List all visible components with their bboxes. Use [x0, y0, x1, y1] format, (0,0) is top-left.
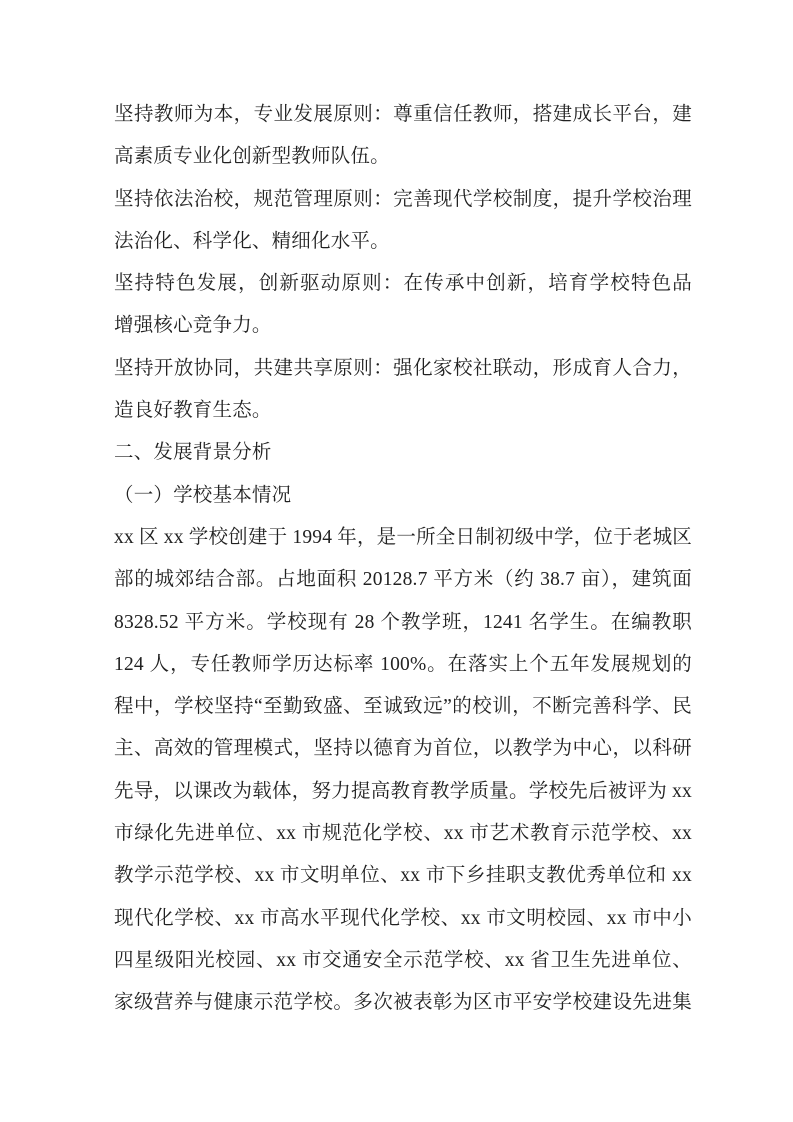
text-line: 坚持特色发展，创新驱动原则：在传承中创新，培育学校特色品牌，	[114, 263, 692, 305]
text-line: 高素质专业化创新型教师队伍。	[114, 136, 692, 178]
text-line: 增强核心竞争力。	[114, 305, 692, 347]
text-line: 坚持教师为本，专业发展原则：尊重信任教师，搭建成长平台，建设	[114, 94, 692, 136]
text-line: 程中，学校坚持“至勤致盛、至诚致远”的校训，不断完善科学、民	[114, 686, 692, 728]
section-heading: 二、发展背景分析	[114, 432, 692, 474]
text-line: 8328.52 平方米。学校现有 28 个教学班，1241 名学生。在编教职工	[114, 602, 692, 644]
text-line: 124 人，专任教师学历达标率 100%。在落实上个五年发展规划的过	[114, 644, 692, 686]
text-line: 市绿化先进单位、xx 市规范化学校、xx 市艺术教育示范学校、xx 市	[114, 813, 692, 855]
text-line: 家级营养与健康示范学校。多次被表彰为区市平安学校建设先进集体	[114, 982, 692, 1024]
section-heading: （一）学校基本情况	[114, 475, 692, 517]
text-line: 部的城郊结合部。占地面积 20128.7 平方米（约 38.7 亩），建筑面积	[114, 559, 692, 601]
text-line: 现代化学校、xx 市高水平现代化学校、xx 市文明校园、xx 市中小学	[114, 898, 692, 940]
text-line: 教学示范学校、xx 市文明单位、xx 市下乡挂职支教优秀单位和 xx 市	[114, 855, 692, 897]
text-line: 主、高效的管理模式，坚持以德育为首位，以教学为中心，以科研为	[114, 728, 692, 770]
text-line: 四星级阳光校园、xx 市交通安全示范学校、xx 省卫生先进单位、国	[114, 940, 692, 982]
text-line: 法治化、科学化、精细化水平。	[114, 221, 692, 263]
text-line: 造良好教育生态。	[114, 390, 692, 432]
text-line: 坚持开放协同，共建共享原则：强化家校社联动，形成育人合力，营	[114, 348, 692, 390]
text-line: 坚持依法治校，规范管理原则：完善现代学校制度，提升学校治理的	[114, 179, 692, 221]
text-line: xx 区 xx 学校创建于 1994 年，是一所全日制初级中学，位于老城区北	[114, 517, 692, 559]
text-line: 先导，以课改为载体，努力提高教育教学质量。学校先后被评为 xx	[114, 771, 692, 813]
document-body: 坚持教师为本，专业发展原则：尊重信任教师，搭建成长平台，建设高素质专业化创新型教…	[114, 94, 692, 1025]
document-page: 坚持教师为本，专业发展原则：尊重信任教师，搭建成长平台，建设高素质专业化创新型教…	[0, 0, 793, 1122]
